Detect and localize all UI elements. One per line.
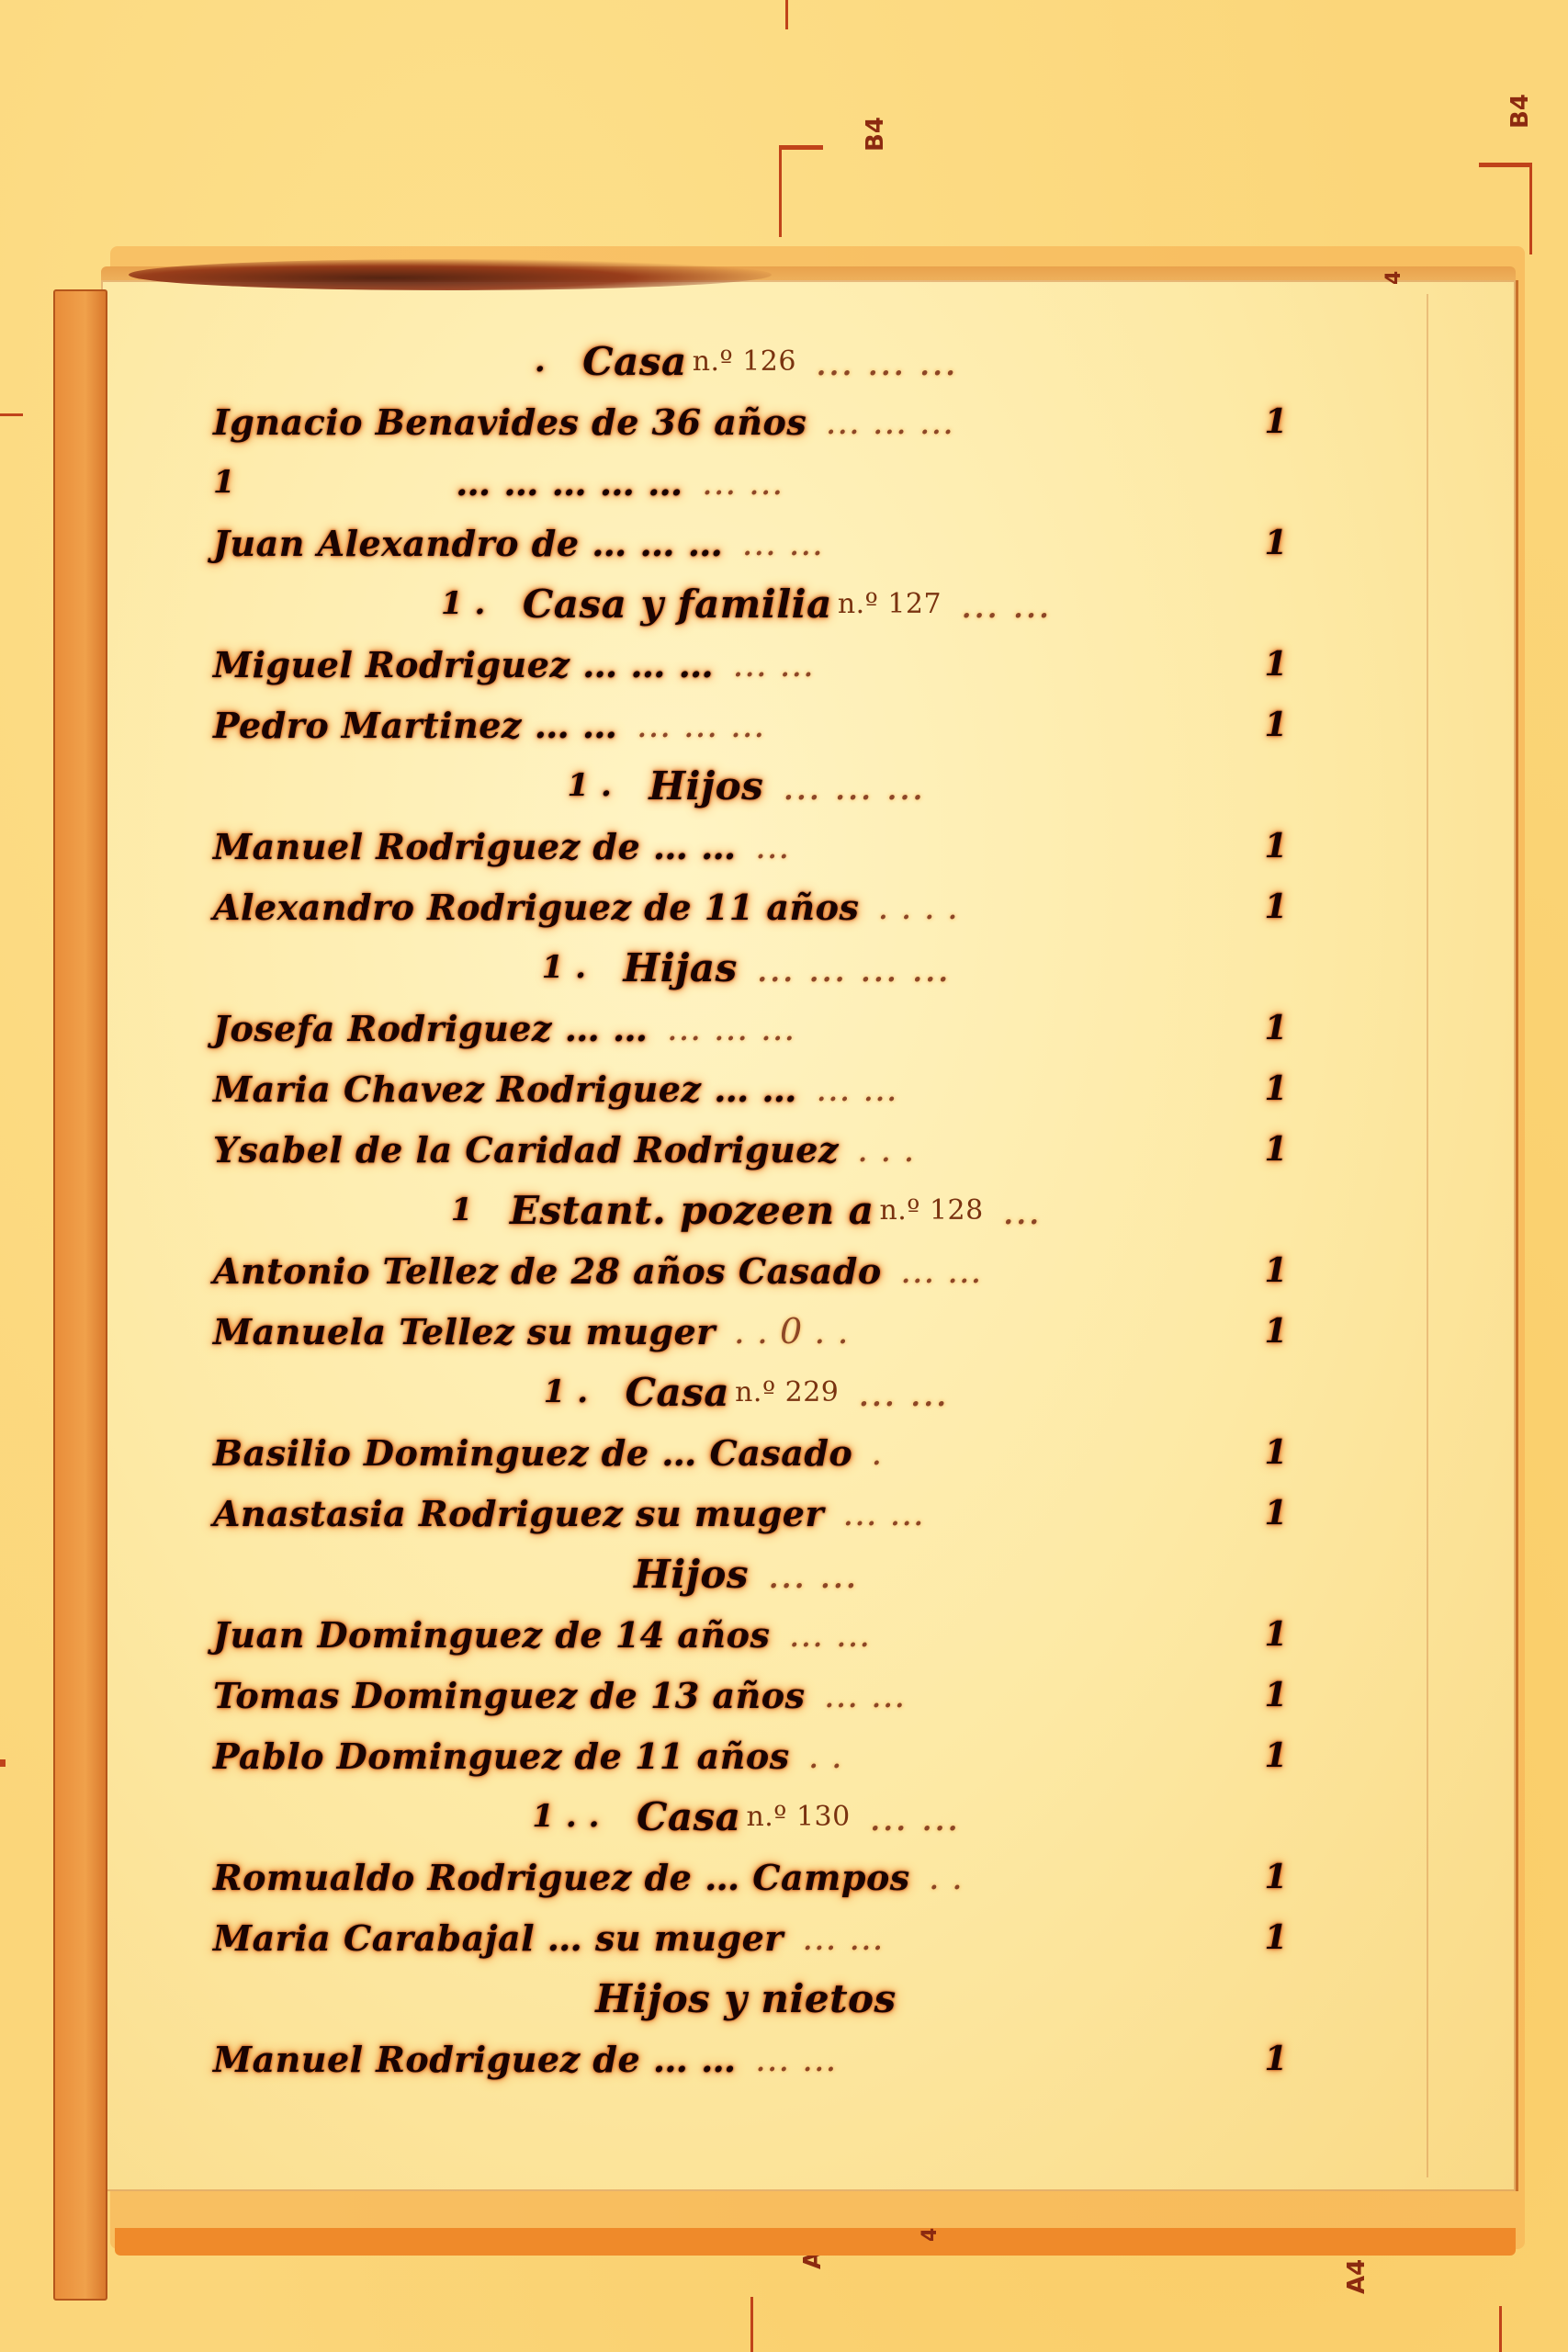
entry-text: Pablo Dominguez de 11 años bbox=[213, 1736, 790, 1777]
crop-mark-b4-right-vertical bbox=[1529, 163, 1532, 254]
census-entry: Alexandro Rodriguez de 11 años . . . . 1 bbox=[213, 876, 1279, 937]
entry-count: 1 bbox=[1264, 888, 1288, 926]
entry-text: Ysabel de la Caridad Rodriguez bbox=[213, 1129, 839, 1170]
census-entry: Josefa Rodriguez … … … … … 1 bbox=[213, 998, 1279, 1058]
label-page-corner-bottom: 4 bbox=[919, 2228, 942, 2242]
census-entry: Ignacio Benavides de 36 años … … … 1 bbox=[213, 391, 1279, 452]
entry-text: Tomas Dominguez de 13 años bbox=[213, 1675, 806, 1716]
entry-count: 1 bbox=[1264, 1251, 1288, 1290]
entry-text: Antonio Tellez de 28 años Casado bbox=[213, 1250, 882, 1292]
line-lead-mark: 1 . bbox=[567, 767, 612, 804]
section-heading-hijos: 1 . Hijos … … … bbox=[213, 755, 1279, 816]
line-tail: . . . . bbox=[877, 887, 958, 927]
line-tail: . . bbox=[808, 1736, 843, 1776]
crop-mark-left-middle bbox=[0, 413, 23, 416]
household-heading: 1 Estant. pozeen a n.º 128 … bbox=[213, 1180, 1279, 1240]
census-entry: Ysabel de la Caridad Rodriguez . . . 1 bbox=[213, 1119, 1279, 1180]
line-tail: . bbox=[871, 1432, 883, 1473]
entry-count: 1 bbox=[1264, 1494, 1288, 1532]
heading-text: Casa bbox=[582, 339, 687, 384]
heading-text: Casa y familia bbox=[523, 582, 832, 627]
household-heading: 1 . Casa n.º 229 … … bbox=[213, 1362, 1279, 1422]
heading-text: Casa bbox=[637, 1794, 741, 1839]
entry-text: Romualdo Rodriguez de … Campos bbox=[213, 1857, 910, 1898]
entry-count: 1 bbox=[1264, 2040, 1288, 2078]
line-lead-mark: 1 . bbox=[542, 949, 587, 986]
household-heading: 1 . Casa y familia n.º 127 … … bbox=[213, 573, 1279, 634]
page-damage-top bbox=[129, 259, 772, 290]
entry-count: 1 bbox=[1264, 645, 1288, 684]
crop-mark-left-lower bbox=[0, 1759, 6, 1767]
page-fold-line bbox=[1427, 294, 1428, 2177]
entry-text: Alexandro Rodriguez de 11 años bbox=[213, 887, 859, 928]
census-entry: Anastasia Rodriguez su muger … … 1 bbox=[213, 1483, 1279, 1543]
line-tail: … … bbox=[732, 644, 815, 684]
census-entry: Pablo Dominguez de 11 años . . 1 bbox=[213, 1725, 1279, 1786]
line-tail: … … bbox=[869, 1794, 960, 1839]
label-page-corner-top: 4 bbox=[1382, 271, 1405, 285]
line-lead-mark: 1 . bbox=[441, 585, 486, 622]
entry-text: Manuel Rodriguez de … … bbox=[213, 826, 737, 867]
label-a4-right: A4 bbox=[1343, 2259, 1371, 2294]
entry-count: 1 bbox=[1264, 1130, 1288, 1169]
heading-text: Casa bbox=[626, 1370, 730, 1415]
census-entry: 1 … … … … … … … bbox=[213, 452, 1279, 513]
house-number: n.º 126 bbox=[693, 345, 796, 378]
line-tail: … … bbox=[842, 1493, 925, 1533]
line-tail: … … … … bbox=[756, 945, 951, 990]
entry-count: 1 bbox=[1264, 1069, 1288, 1108]
entry-text: Maria Chavez Rodriguez … … bbox=[213, 1069, 797, 1110]
crop-mark-top-center bbox=[785, 0, 788, 29]
census-entry: Tomas Dominguez de 13 años … … 1 bbox=[213, 1665, 1279, 1725]
line-tail: … … bbox=[816, 1069, 898, 1109]
line-tail: … … bbox=[702, 462, 784, 503]
entry-count: 1 bbox=[1264, 1009, 1288, 1047]
census-entry: Maria Chavez Rodriguez … … … … 1 bbox=[213, 1058, 1279, 1119]
census-entry: Juan Dominguez de 14 años … … 1 bbox=[213, 1604, 1279, 1665]
house-number: n.º 229 bbox=[735, 1376, 839, 1408]
page-bottom-edge bbox=[115, 2228, 1516, 2256]
entry-text: Manuel Rodriguez de … … bbox=[213, 2039, 737, 2080]
heading-text: Hijos y nietos bbox=[595, 1976, 896, 2021]
section-heading-hijas: 1 . Hijas … … … … bbox=[213, 937, 1279, 998]
household-heading: 1 . . Casa n.º 130 … … bbox=[213, 1786, 1279, 1847]
line-tail: … … bbox=[802, 1917, 885, 1958]
line-tail: … … bbox=[900, 1250, 983, 1291]
entry-count: 1 bbox=[1264, 1858, 1288, 1896]
line-lead-mark: 1 . . bbox=[532, 1798, 600, 1835]
line-tail: … … bbox=[755, 2039, 838, 2079]
entry-text: Pedro Martinez … … bbox=[213, 705, 617, 746]
entry-count: 1 bbox=[1264, 1676, 1288, 1714]
heading-text: Hijas bbox=[624, 945, 738, 990]
household-heading: . Casa n.º 126 … … … bbox=[213, 331, 1279, 391]
entry-count: 1 bbox=[1264, 827, 1288, 865]
line-tail: … … bbox=[741, 523, 824, 563]
line-tail: … … … bbox=[825, 401, 954, 442]
census-entry: Basilio Dominguez de … Casado . 1 bbox=[213, 1422, 1279, 1483]
crop-mark-b4-right-horizontal bbox=[1479, 163, 1532, 167]
binding-strip bbox=[53, 289, 107, 2301]
section-heading-hijos: Hijos … … bbox=[213, 1543, 1279, 1604]
crop-mark-b4-left-horizontal bbox=[779, 145, 823, 150]
line-tail: … … … bbox=[782, 763, 924, 808]
entry-text: Ignacio Benavides de 36 años bbox=[213, 401, 807, 443]
census-entry: Juan Alexandro de … … … … … 1 bbox=[213, 513, 1279, 573]
entry-count: 1 bbox=[1264, 402, 1288, 441]
label-b4-right: B4 bbox=[1506, 94, 1534, 129]
section-heading-hijos-nietos: Hijos y nietos bbox=[213, 1968, 1279, 2029]
house-number: n.º 128 bbox=[879, 1194, 983, 1227]
entry-count: 1 bbox=[1264, 1736, 1288, 1775]
census-entry: Manuel Rodriguez de … … … 1 bbox=[213, 816, 1279, 876]
house-number: n.º 130 bbox=[746, 1801, 850, 1833]
heading-text: Estant. pozeen a bbox=[510, 1188, 874, 1233]
line-tail: . . bbox=[929, 1857, 964, 1897]
census-entry: Miguel Rodriguez … … … … … 1 bbox=[213, 634, 1279, 695]
line-tail: . . . bbox=[857, 1129, 915, 1170]
crop-mark-bottom-left bbox=[750, 2297, 753, 2352]
entry-text: Maria Carabajal … su muger bbox=[213, 1917, 784, 1959]
line-tail: … … bbox=[857, 1370, 948, 1415]
line-tail: … … bbox=[788, 1614, 871, 1655]
line-lead-mark: . bbox=[535, 343, 546, 379]
line-tail: … … bbox=[824, 1675, 907, 1715]
entry-text: Josefa Rodriguez … … bbox=[213, 1008, 648, 1049]
census-entry: Manuel Rodriguez de … … … … 1 bbox=[213, 2029, 1279, 2089]
label-b4-left: B4 bbox=[862, 117, 889, 152]
line-tail: … bbox=[755, 826, 791, 866]
heading-text: Hijos bbox=[634, 1552, 749, 1597]
line-tail: … … … bbox=[815, 339, 957, 384]
line-lead-mark: 1 bbox=[451, 1192, 473, 1228]
line-tail: … … … bbox=[636, 705, 765, 745]
entry-count: 1 bbox=[1264, 1312, 1288, 1351]
entry-text: Juan Dominguez de 14 años bbox=[213, 1614, 770, 1656]
entry-text: Juan Alexandro de … … … bbox=[213, 523, 723, 564]
entry-text: Basilio Dominguez de … Casado bbox=[213, 1432, 852, 1474]
census-entry: Antonio Tellez de 28 años Casado … … 1 bbox=[213, 1240, 1279, 1301]
entry-text: Miguel Rodriguez … … … bbox=[213, 644, 714, 685]
line-lead-mark: 1 . bbox=[544, 1374, 589, 1410]
entry-count: 1 bbox=[1264, 1918, 1288, 1957]
entry-count: 1 bbox=[1264, 524, 1288, 562]
entry-count: 1 bbox=[1264, 706, 1288, 744]
entry-count: 1 bbox=[1264, 1433, 1288, 1472]
manuscript-text: . Casa n.º 126 … … … Ignacio Benavides d… bbox=[213, 331, 1279, 2089]
census-entry: Maria Carabajal … su muger … … 1 bbox=[213, 1907, 1279, 1968]
crop-mark-b4-left-vertical bbox=[779, 145, 782, 237]
line-tail: . . 0 . . bbox=[734, 1311, 849, 1351]
crop-mark-bottom-right bbox=[1499, 2306, 1502, 2352]
census-entry: Manuela Tellez su muger . . 0 . . 1 bbox=[213, 1301, 1279, 1362]
line-lead-mark: 1 bbox=[213, 464, 235, 501]
line-tail: … … bbox=[767, 1552, 858, 1597]
census-entry: Romualdo Rodriguez de … Campos . . 1 bbox=[213, 1847, 1279, 1907]
line-tail: … bbox=[1002, 1188, 1042, 1233]
line-tail: … … bbox=[960, 582, 1051, 627]
entry-count: 1 bbox=[1264, 1615, 1288, 1654]
census-entry: Pedro Martinez … … … … … 1 bbox=[213, 695, 1279, 755]
entry-text: Anastasia Rodriguez su muger bbox=[213, 1493, 824, 1534]
house-number: n.º 127 bbox=[838, 588, 942, 620]
line-tail: … … … bbox=[666, 1008, 795, 1048]
heading-text: Hijos bbox=[649, 763, 763, 808]
entry-text: … … … … … bbox=[456, 462, 682, 503]
entry-text: Manuela Tellez su muger bbox=[213, 1311, 716, 1352]
